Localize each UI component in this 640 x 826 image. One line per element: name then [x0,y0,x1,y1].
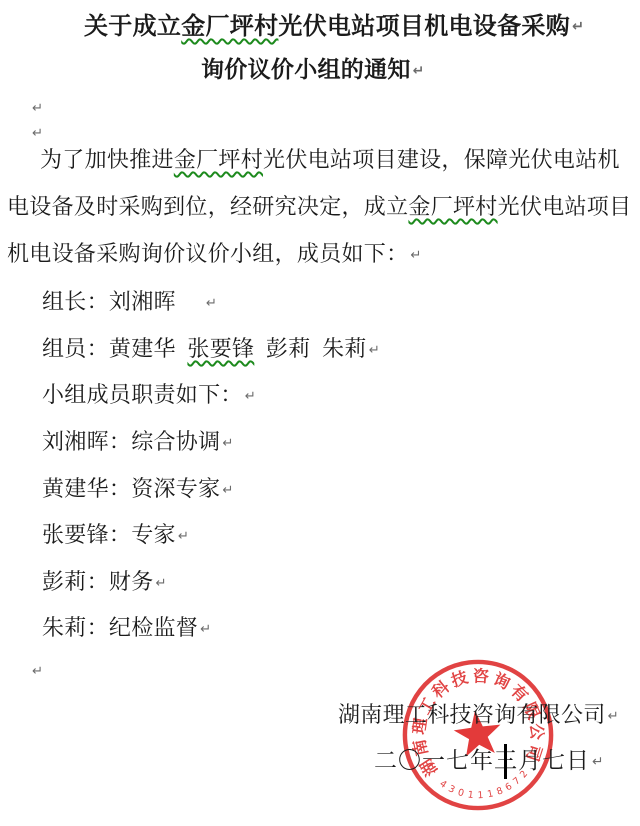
paragraph-mark-icon: ↵ [156,576,167,591]
seal-svg: 湖南理工科技咨询有限公司 4301118672 [390,646,566,824]
body-line-2[interactable]: 电设备及时采购到位，经研究决定，成立金厂坪村光伏电站项目 [7,192,631,221]
paragraph-mark-icon: ↵ [200,622,211,637]
text-run: 彭莉：财务 [42,569,154,594]
paragraph-mark-icon: ↵ [222,483,233,498]
paragraph-mark-icon: ↵ [178,529,189,544]
duties-heading[interactable]: 小组成员职责如下：↵ [42,380,256,409]
text-run: 机电设备采购询价议价小组，成员如下： [7,241,408,266]
paragraph-mark-icon: ↵ [32,126,43,141]
text-run: 刘湘晖：综合协调 [42,429,220,454]
text-run: 光伏电站项目建设，保障光伏电站机 [263,147,620,172]
duty-line-1[interactable]: 刘湘晖：综合协调↵ [42,427,233,456]
text-run: 张要锋：专家 [42,522,176,547]
text-run: 询价议价小组的通知 [201,57,411,82]
spellcheck-flagged-text: 金厂坪村 [408,194,497,219]
text-run: 光伏电站项目 [498,194,632,219]
spellcheck-flagged-text: 张要锋 [187,336,254,361]
duty-line-4[interactable]: 彭莉：财务↵ [42,567,167,596]
paragraph-mark-icon: ↵ [608,709,619,724]
paragraph-mark-icon: ↵ [410,248,421,263]
duty-line-5[interactable]: 朱莉：纪检监督↵ [42,613,211,642]
text-run: 光伏电站项目机电设备采购 [278,14,570,40]
text-run: 组长：刘湘晖 [42,289,176,314]
document-page[interactable]: 湖南理工科技咨询有限公司 4301118672 关于成立金厂坪村光伏电站项目机电… [0,0,640,826]
text-run: 为了加快推进 [40,147,174,172]
duty-line-2[interactable]: 黄建华：资深专家↵ [42,474,233,503]
body-line-1[interactable]: 为了加快推进金厂坪村光伏电站项目建设，保障光伏电站机 [40,145,620,174]
paragraph-mark-icon: ↵ [32,101,43,116]
text-run: 关于成立 [84,14,181,40]
text-run: 小组成员职责如下： [42,382,243,407]
paragraph-mark-icon: ↵ [572,19,584,35]
text-run: 黄建华：资深专家 [42,476,220,501]
text-run: 二〇一七年三月七日 [374,748,590,773]
paragraph-mark-icon: ↵ [32,664,43,679]
text-run: 朱莉：纪检监督 [42,615,198,640]
title-line-1[interactable]: 关于成立金厂坪村光伏电站项目机电设备采购↵ [84,12,584,44]
empty-paragraph-2[interactable]: ↵ [30,117,43,146]
duty-line-3[interactable]: 张要锋：专家↵ [42,520,189,549]
company-seal-stamp: 湖南理工科技咨询有限公司 4301118672 [390,646,566,824]
text-cursor [504,744,507,779]
text-run: 电设备及时采购到位，经研究决定，成立 [7,194,408,219]
members-line[interactable]: 组员：黄建华 张要锋 彭莉 朱莉↵ [42,334,380,363]
title-line-2[interactable]: 询价议价小组的通知↵ [201,55,424,85]
text-run: 湖南理工科技咨询有限公司 [338,702,606,727]
empty-paragraph-3[interactable]: ↵ [30,655,43,684]
body-line-3[interactable]: 机电设备采购询价议价小组，成员如下：↵ [7,239,421,268]
paragraph-mark-icon: ↵ [245,389,256,404]
spellcheck-flagged-text: 金厂坪村 [181,14,278,40]
leader-line[interactable]: 组长：刘湘晖↵ [42,287,217,316]
text-run: 组员：黄建华 [42,336,187,361]
paragraph-mark-icon: ↵ [592,754,604,770]
paragraph-mark-icon: ↵ [206,296,217,311]
signature-company-line[interactable]: 湖南理工科技咨询有限公司↵ [338,700,619,729]
spellcheck-flagged-text: 金厂坪村 [174,147,263,172]
paragraph-mark-icon: ↵ [222,436,233,451]
text-run: 彭莉 朱莉 [254,336,366,361]
paragraph-mark-icon: ↵ [413,63,425,79]
signature-date-line[interactable]: 二〇一七年三月七日↵ [374,746,604,776]
paragraph-mark-icon: ↵ [369,343,380,358]
